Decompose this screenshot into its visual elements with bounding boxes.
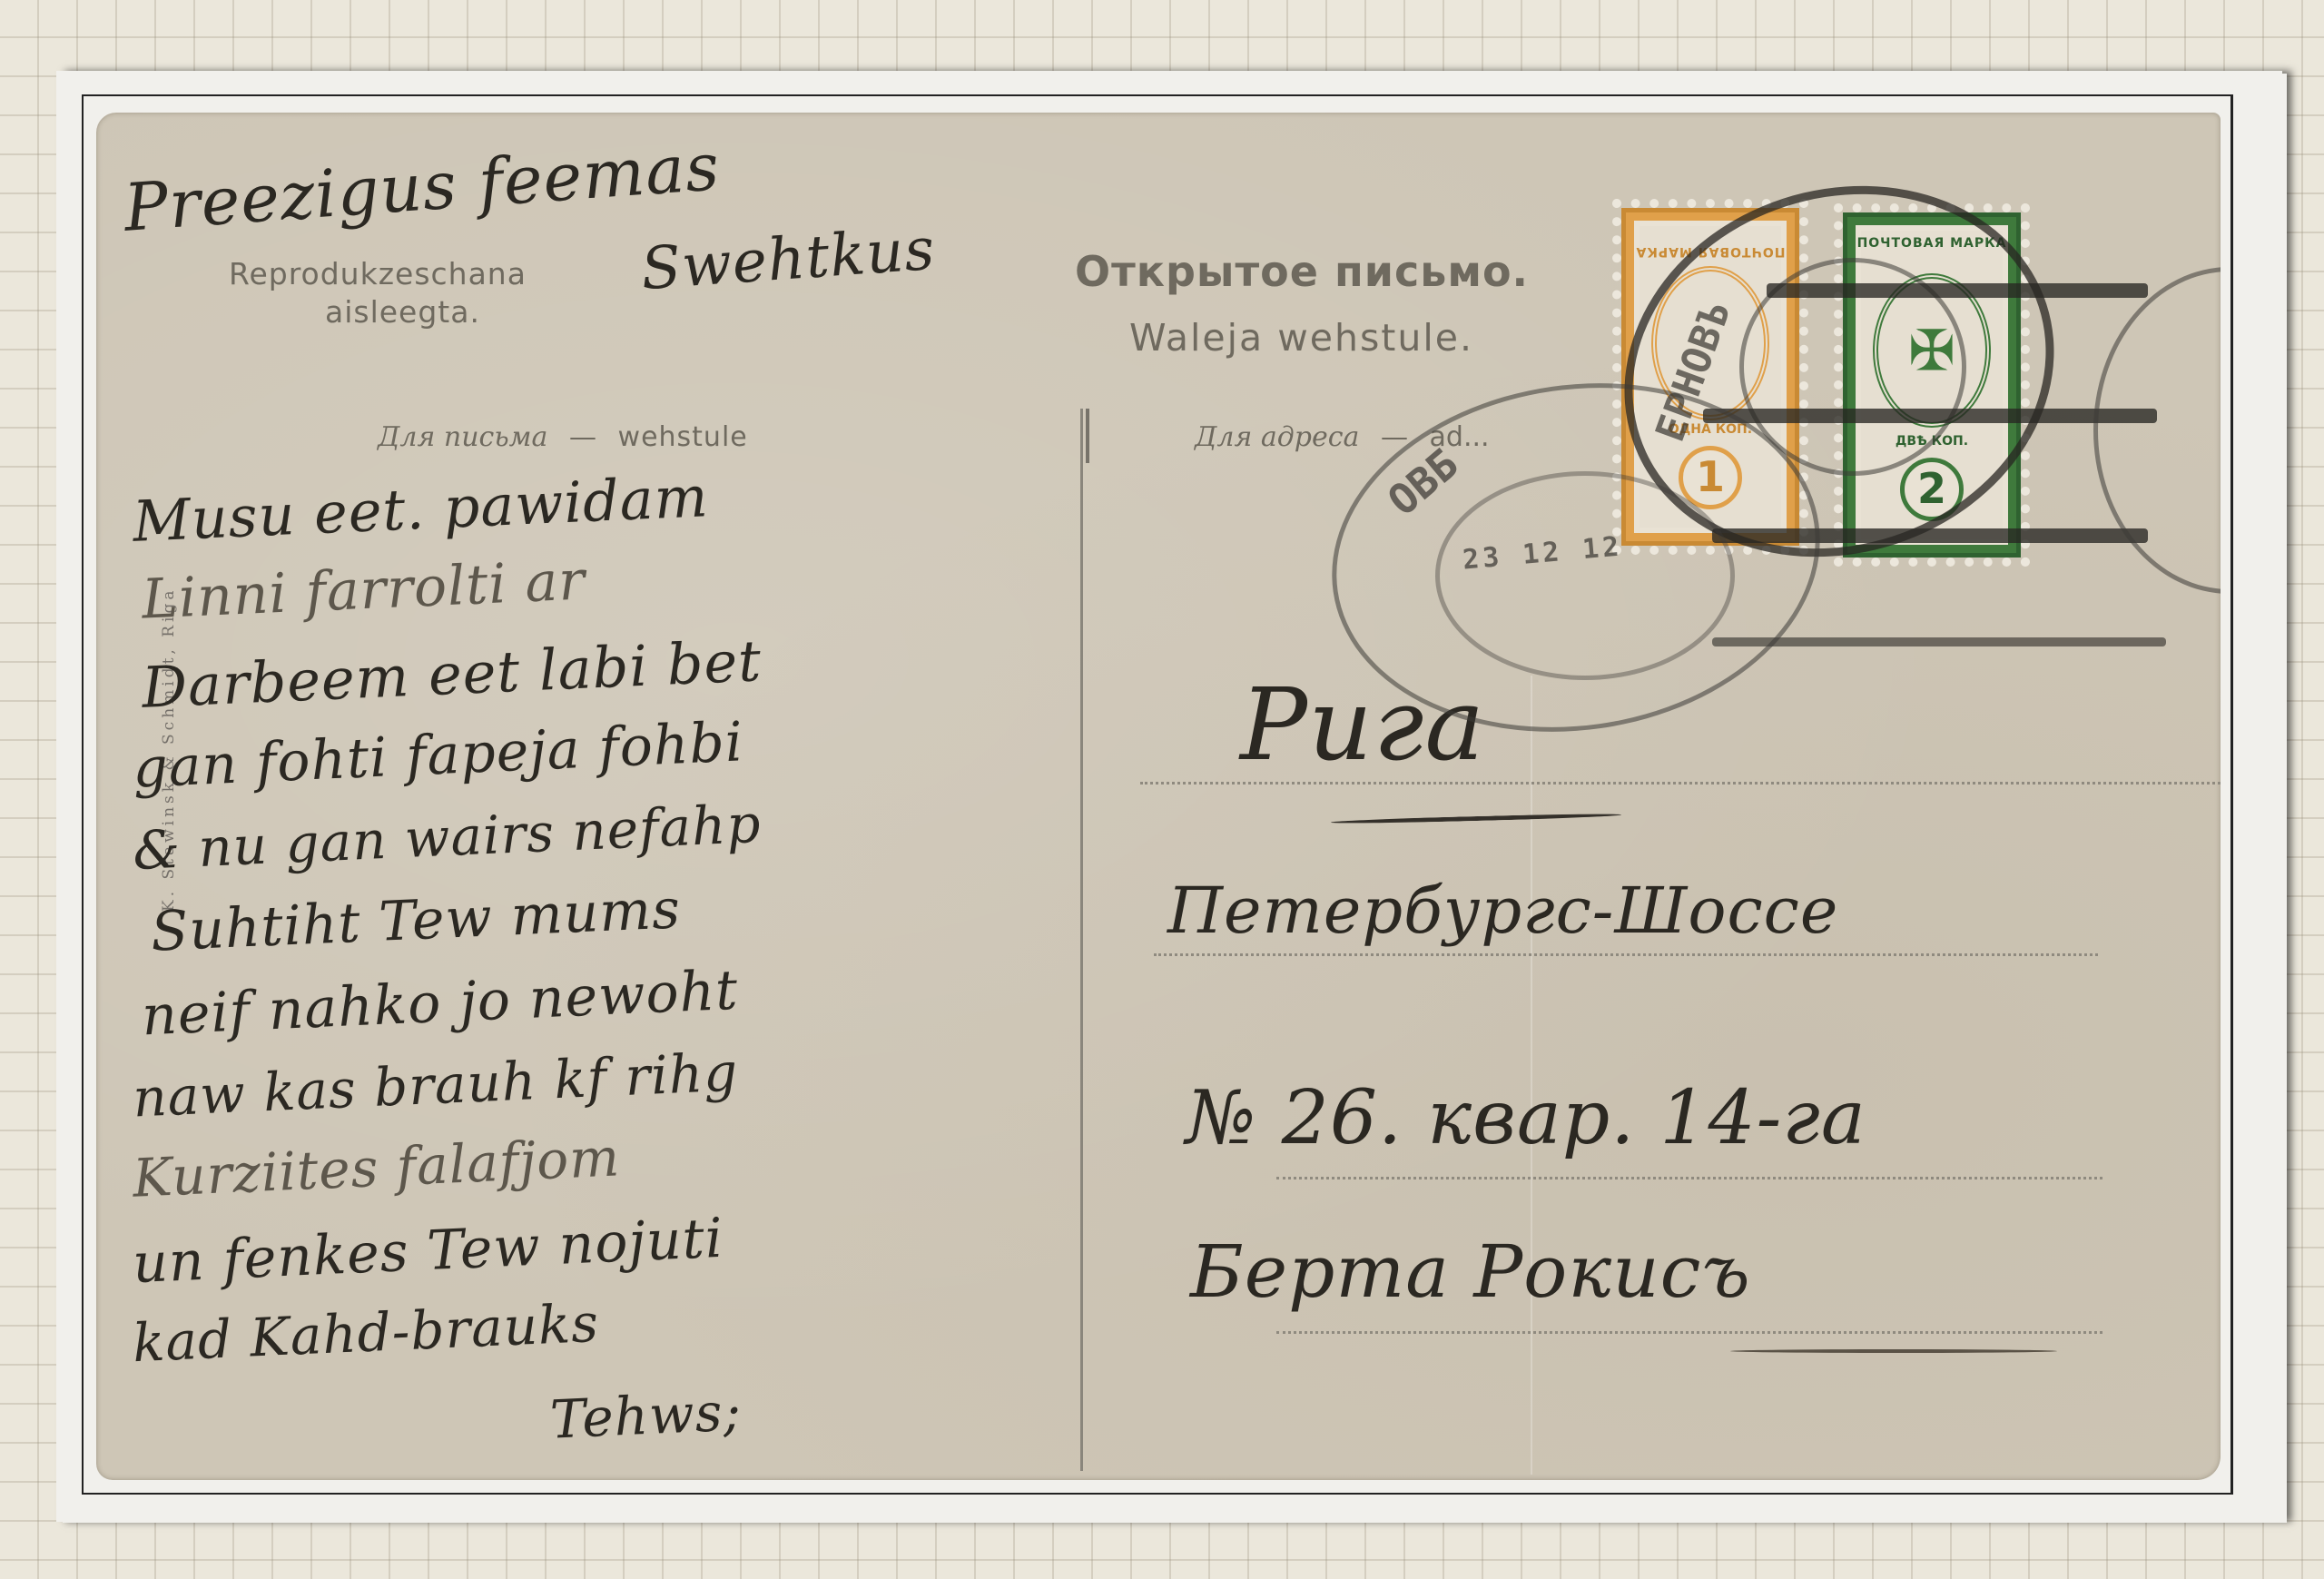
message-label-ru: Для письма bbox=[378, 421, 547, 453]
recipient-underline bbox=[1730, 1349, 2057, 1353]
address-recipient: Берта Рокисъ bbox=[1190, 1229, 1751, 1314]
message-line: Linni farrolti ar bbox=[141, 548, 587, 631]
cancel-bar bbox=[1703, 409, 2157, 423]
address-label-ru: Для адреса bbox=[1195, 421, 1359, 453]
right-postmark-fragment bbox=[2093, 267, 2221, 594]
message-line: naw kas brauh kf rihg bbox=[132, 1041, 740, 1129]
postcard: Preezigus feemas Swehtkus Reprodukzescha… bbox=[96, 113, 2221, 1480]
postcard-title-ru: Открытое письмо. bbox=[1075, 247, 1529, 296]
city-underline-flourish bbox=[1331, 813, 1621, 824]
address-dotted-line-4 bbox=[1276, 1331, 2102, 1334]
message-line: un fenkes Tew nojuti bbox=[132, 1207, 724, 1296]
message-line: Tehws; bbox=[549, 1380, 743, 1450]
postcard-title-lv: Waleja wehstule. bbox=[1129, 316, 1473, 360]
greeting-line-1: Preezigus feemas bbox=[122, 128, 723, 246]
address-house: № 26. квар. 14-га bbox=[1186, 1075, 1866, 1161]
reproduction-note-line-2: aisleegta. bbox=[325, 294, 480, 330]
message-line: Darbeem eet labi bet bbox=[141, 627, 763, 721]
message-line: neif nahko jo newoht bbox=[141, 959, 740, 1049]
message-line: gan fohti fapeja fohbi bbox=[132, 710, 745, 800]
cancel-bar bbox=[1712, 637, 2166, 646]
message-line: Suhtiht Tew mums bbox=[150, 877, 683, 963]
message-area-label: Для письма — wehstule bbox=[378, 421, 748, 453]
message-line: Musu eet. pawidam bbox=[132, 463, 710, 555]
greeting-line-2: Swehtkus bbox=[639, 216, 938, 303]
message-line: Kurziites falafjom bbox=[132, 1126, 622, 1209]
message-label-lv: wehstule bbox=[618, 421, 748, 453]
address-dotted-line-3 bbox=[1276, 1177, 2102, 1179]
message-line: kad Kahd-brauks bbox=[132, 1292, 600, 1374]
message-line: & nu gan wairs nefahp bbox=[132, 793, 763, 882]
center-divider-line bbox=[1080, 409, 1083, 1471]
address-street: Петербургс-Шоссе bbox=[1167, 873, 1838, 948]
transit-postmark-inner-ring bbox=[1435, 471, 1735, 680]
message-label-sep: — bbox=[569, 421, 596, 453]
reproduction-note-line-1: Reprodukzeschana bbox=[229, 256, 527, 291]
divider-top-mark bbox=[1086, 409, 1089, 463]
address-dotted-line-2 bbox=[1154, 953, 2098, 956]
cancel-bar bbox=[1767, 283, 2148, 298]
